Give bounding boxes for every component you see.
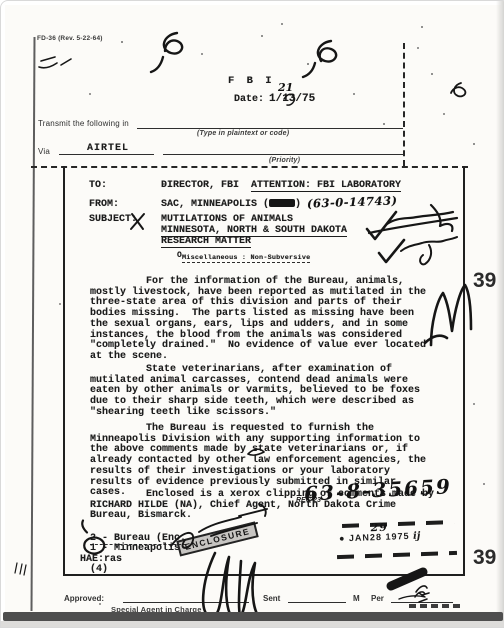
priority-hint: (Priority) bbox=[269, 157, 300, 164]
from-file-handwritten: (63-0-14743) bbox=[307, 195, 398, 209]
subject-line1: MUTILATIONS OF ANIMALS bbox=[161, 214, 293, 225]
classification: Miscellaneous : Non-Subversive bbox=[182, 254, 310, 263]
received-year: 1975 bbox=[385, 531, 409, 542]
scan-noise bbox=[121, 41, 123, 43]
to-value: DIRECTOR, FBI bbox=[161, 180, 239, 191]
subject-line3: RESEARCH MATTER bbox=[161, 236, 251, 248]
to-label: TO: bbox=[89, 180, 161, 191]
subject-line2-row: MINNESOTA, NORTH & SOUTH DAKOTA bbox=[161, 225, 347, 236]
classification-row: OMiscellaneous : Non-Subversive bbox=[177, 250, 310, 264]
subject-label: SUBJECT: bbox=[89, 214, 161, 225]
to-row: TO:DIRECTOR, FBI ATTENTION: FBI LABORATO… bbox=[89, 180, 401, 191]
from-close-paren: ) bbox=[295, 199, 301, 210]
approved-rule bbox=[123, 602, 249, 603]
per-label: Per bbox=[371, 594, 384, 603]
approved-label: Approved: bbox=[64, 594, 104, 603]
date-value: 1/13/75 bbox=[269, 93, 315, 105]
received-month: JAN bbox=[349, 532, 370, 543]
paragraph-2: State veterinarians, after examination o… bbox=[90, 365, 438, 419]
scanned-document-screenshot: FD-36 (Rev. 5-22-64) F B I Date: 1/13/75… bbox=[0, 0, 504, 628]
transmit-hint: (Type in plaintext or code) bbox=[197, 130, 289, 137]
date-handwritten-correction: 21 bbox=[278, 81, 293, 94]
cc-line-count: (4) bbox=[90, 565, 186, 575]
from-row: FROM:SAC, MINNEAPOLIS () (63-0-14743) bbox=[89, 197, 398, 210]
paragraph-1: For the information of the Bureau, anima… bbox=[90, 277, 438, 363]
page-edge-shadow bbox=[496, 1, 504, 621]
m-label: M bbox=[353, 594, 360, 603]
via-rule bbox=[59, 154, 154, 155]
from-label: FROM: bbox=[89, 199, 161, 210]
received-bullet: ● bbox=[339, 533, 346, 543]
via-value: AIRTEL bbox=[87, 143, 129, 154]
received-mark: ij bbox=[413, 531, 421, 542]
photo-bottom-margin bbox=[1, 621, 504, 627]
attention-value: ATTENTION: FBI LABORATORY bbox=[251, 180, 401, 192]
form-number: FD-36 (Rev. 5-22-64) bbox=[37, 35, 103, 42]
sent-rule bbox=[288, 602, 346, 603]
via-label: Via bbox=[38, 147, 50, 156]
received-day-corrected: 29 bbox=[370, 521, 388, 535]
margin-page-number-bottom: 39 bbox=[473, 546, 496, 570]
received-day-overwrite: 2928 bbox=[370, 532, 382, 542]
per-rule bbox=[391, 602, 453, 603]
from-value: SAC, MINNEAPOLIS ( bbox=[161, 199, 269, 210]
date-label: Date: bbox=[234, 94, 264, 105]
subject-line3-row: RESEARCH MATTER bbox=[161, 236, 251, 247]
form-print-code bbox=[409, 604, 461, 608]
margin-page-number-top: 39 bbox=[473, 269, 496, 293]
priority-rule bbox=[163, 154, 403, 155]
transmit-rule bbox=[137, 128, 403, 129]
transmit-label: Transmit the following in bbox=[38, 119, 129, 128]
cc-list: 2 - Bureau (Enc. 1 - Minneapolis HAE:ras… bbox=[90, 534, 186, 575]
subject-row: SUBJECT:MUTILATIONS OF ANIMALS bbox=[89, 214, 293, 225]
message-box: TO:DIRECTOR, FBI ATTENTION: FBI LABORATO… bbox=[63, 166, 465, 576]
redaction-mark bbox=[269, 199, 295, 207]
form-divider-vertical bbox=[403, 43, 405, 166]
photo-bottom-edge bbox=[3, 612, 503, 621]
agency-title: F B I bbox=[228, 75, 275, 87]
sent-label: Sent bbox=[263, 594, 280, 603]
